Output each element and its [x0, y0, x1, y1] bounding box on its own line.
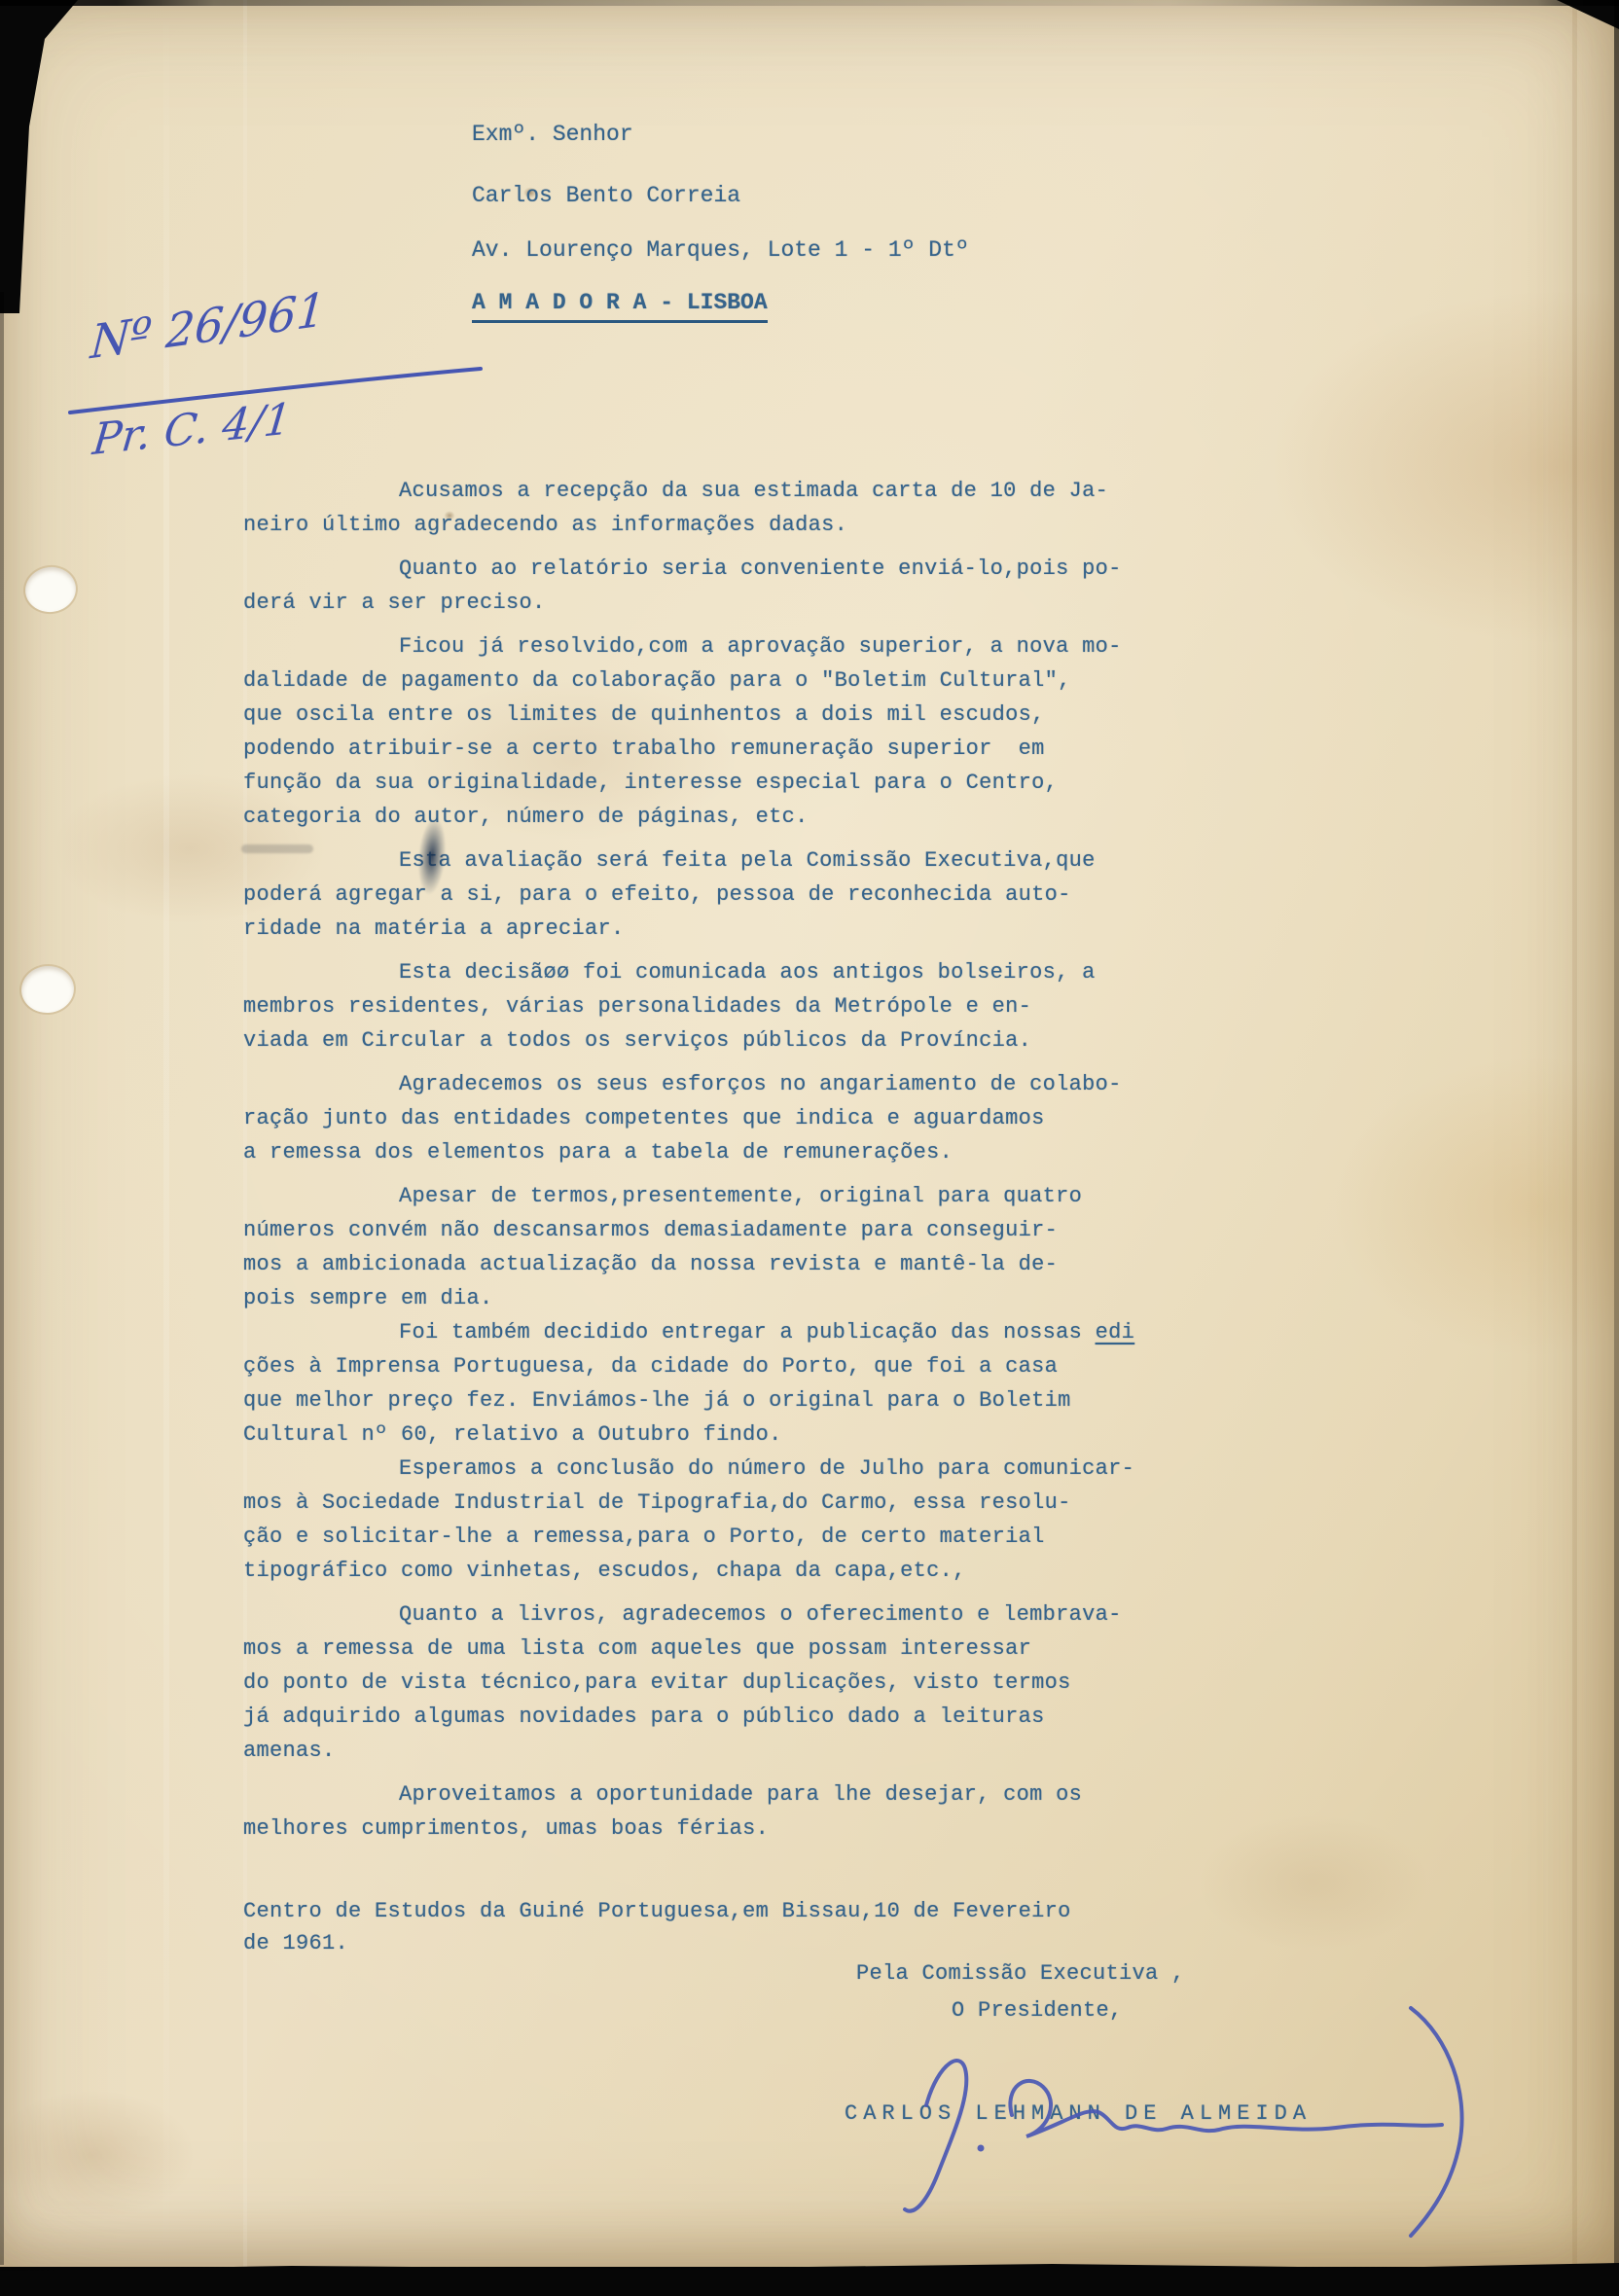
paragraph: Acusamos a recepção da sua estimada cart… [243, 474, 1099, 542]
hole-punch-bottom [19, 963, 77, 1015]
recipient-salutation: Exmº. Senhor [472, 120, 633, 149]
scan-edge-top [0, 0, 1619, 6]
letter-line: Apesar de termos,presentemente, original… [243, 1179, 1099, 1213]
letter-line: pois sempre em dia. [243, 1281, 1099, 1315]
scan-edge-left [0, 292, 4, 2265]
letter-line: dalidade de pagamento da colaboração par… [243, 664, 1099, 698]
paragraph: Quanto a livros, agradecemos o oferecime… [243, 1597, 1099, 1768]
letter-line: mos a remessa de uma lista com aqueles q… [243, 1632, 1099, 1666]
paragraph: Aproveitamos a oportunidade para lhe des… [243, 1777, 1099, 1846]
letter-dateline-year: de 1961. [243, 1927, 1119, 1959]
hole-punch-top [22, 564, 79, 616]
letter-line: do ponto de vista técnico,para evitar du… [243, 1666, 1099, 1700]
letter-line: amenas. [243, 1734, 1099, 1768]
letter-dateline: Centro de Estudos da Guiné Portuguesa,em… [243, 1895, 1119, 1927]
letter-line: que oscila entre os limites de quinhento… [243, 698, 1099, 732]
paragraph: Agradecemos os seus esforços no angariam… [243, 1067, 1099, 1169]
paper-crease [1572, 0, 1577, 2267]
scanned-letter-page: Exmº. Senhor Carlos Bento Correia Av. Lo… [0, 0, 1619, 2296]
letter-line: Aproveitamos a oportunidade para lhe des… [243, 1777, 1099, 1812]
letter-line: neiro último agradecendo as informações … [243, 508, 1099, 542]
letter-line: podendo atribuir-se a certo trabalho rem… [243, 732, 1099, 766]
handwritten-signature [866, 1991, 1508, 2292]
letter-line: Esperamos a conclusão do número de Julho… [243, 1452, 1099, 1486]
letter-line: Ficou já resolvido,com a aprovação super… [243, 629, 1099, 664]
recipient-block: Exmº. Senhor Carlos Bento Correia Av. Lo… [472, 120, 1172, 343]
closing-commission-line: Pela Comissão Executiva , [856, 1961, 1185, 1986]
letter-line: membros residentes, várias personalidade… [243, 989, 1099, 1023]
letter-line: que melhor preço fez. Enviámos-lhe já o … [243, 1383, 1099, 1417]
letter-line: Quanto ao relatório seria conveniente en… [243, 552, 1099, 586]
recipient-city-underlined: A M A D O R A - LISBOA [472, 288, 768, 323]
letter-line: mos à Sociedade Industrial de Tipografia… [243, 1486, 1099, 1520]
letter-line: Cultural nº 60, relativo a Outubro findo… [243, 1417, 1099, 1452]
letter-line: Agradecemos os seus esforços no angariam… [243, 1067, 1099, 1101]
paragraph: Esta decisãøø foi comunicada aos antigos… [243, 955, 1099, 1058]
letter-line: a remessa dos elementos para a tabela de… [243, 1135, 1099, 1169]
letter-line: já adquirido algumas novidades para o pú… [243, 1700, 1099, 1734]
letter-line: ções à Imprensa Portuguesa, da cidade do… [243, 1349, 1099, 1383]
letter-line: melhores cumprimentos, umas boas férias. [243, 1812, 1099, 1846]
letter-line: Esta avaliação será feita pela Comissão … [243, 843, 1099, 878]
letter-line: Quanto a livros, agradecemos o oferecime… [243, 1597, 1099, 1632]
paragraph: Apesar de termos,presentemente, original… [243, 1179, 1099, 1315]
letter-line: Esta decisãøø foi comunicada aos antigos… [243, 955, 1099, 989]
paper: Exmº. Senhor Carlos Bento Correia Av. Lo… [0, 0, 1619, 2267]
letter-line: viada em Circular a todos os serviços pú… [243, 1023, 1099, 1058]
letter-line: mos a ambicionada actualização da nossa … [243, 1247, 1099, 1281]
letter-line: ração junto das entidades competentes qu… [243, 1101, 1099, 1135]
letter-line: derá vir a ser preciso. [243, 586, 1099, 620]
letter-line: tipográfico como vinhetas, escudos, chap… [243, 1554, 1099, 1588]
letter-line: ridade na matéria a apreciar. [243, 912, 1099, 946]
pencil-smudge [241, 844, 313, 853]
paragraph: Foi também decidido entregar a publicaçã… [243, 1315, 1099, 1452]
letter-line: função da sua originalidade, interesse e… [243, 766, 1099, 800]
letter-line: categoria do autor, número de páginas, e… [243, 800, 1099, 834]
recipient-name: Carlos Bento Correia [472, 181, 740, 210]
paragraph: Quanto ao relatório seria conveniente en… [243, 552, 1099, 620]
scan-edge-right [1614, 0, 1619, 2296]
recipient-city: A M A D O R A - LISBOA [472, 288, 768, 323]
letter-line: poderá agregar a si, para o efeito, pess… [243, 878, 1099, 912]
letter-line: números convém não descansarmos demasiad… [243, 1213, 1099, 1247]
recipient-address: Av. Lourenço Marques, Lote 1 - 1º Dtº [472, 235, 969, 265]
letter-line: Foi também decidido entregar a publicaçã… [243, 1315, 1099, 1349]
letter-body: Acusamos a recepção da sua estimada cart… [243, 474, 1099, 1846]
paragraph: Esperamos a conclusão do número de Julho… [243, 1452, 1099, 1588]
letter-line: ção e solicitar-lhe a remessa,para o Por… [243, 1520, 1099, 1554]
paragraph: Ficou já resolvido,com a aprovação super… [243, 629, 1099, 834]
letter-line: Acusamos a recepção da sua estimada cart… [243, 474, 1099, 508]
paragraph: Esta avaliação será feita pela Comissão … [243, 843, 1099, 946]
